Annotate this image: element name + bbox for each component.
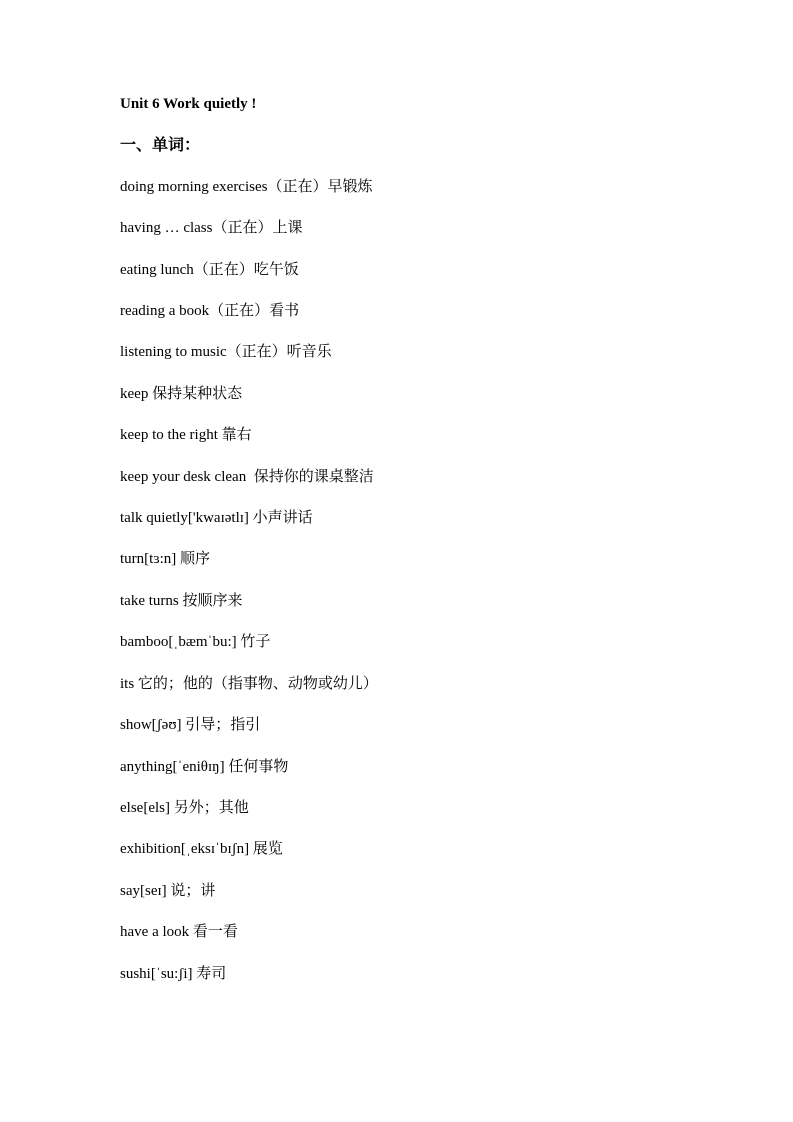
word-entry: show[ʃəʊ] 引导；指引 [120,705,733,746]
word-entry: turn[tɜ:n] 顺序 [120,539,733,580]
word-entry: keep your desk clean 保持你的课桌整洁 [120,457,733,498]
word-entry: sushi[ˈsu:ʃi] 寿司 [120,954,733,995]
word-entry: having … class（正在）上课 [120,208,733,249]
word-entry: anything[ˈeniθɪŋ] 任何事物 [120,747,733,788]
word-entry: its 它的；他的（指事物、动物或幼儿） [120,664,733,705]
word-entry: take turns 按顺序来 [120,581,733,622]
section-heading: 一、单词： [120,125,733,166]
word-entry: eating lunch（正在）吃午饭 [120,250,733,291]
word-entry: keep to the right 靠右 [120,415,733,456]
document-page: Unit 6 Work quietly ! 一、单词： doing mornin… [0,0,793,1122]
word-list: doing morning exercises（正在）早锻炼having … c… [120,167,733,995]
document-title: Unit 6 Work quietly ! [120,84,733,125]
word-entry: reading a book（正在）看书 [120,291,733,332]
word-entry: else[els] 另外；其他 [120,788,733,829]
word-entry: talk quietly['kwaɪətlɪ] 小声讲话 [120,498,733,539]
word-entry: keep 保持某种状态 [120,374,733,415]
word-entry: have a look 看一看 [120,912,733,953]
word-entry: listening to music（正在）听音乐 [120,332,733,373]
word-entry: exhibition[ˌeksɪˈbɪʃn] 展览 [120,829,733,870]
word-entry: bamboo[ˌbæmˈbu:] 竹子 [120,622,733,663]
word-entry: doing morning exercises（正在）早锻炼 [120,167,733,208]
word-entry: say[seɪ] 说；讲 [120,871,733,912]
